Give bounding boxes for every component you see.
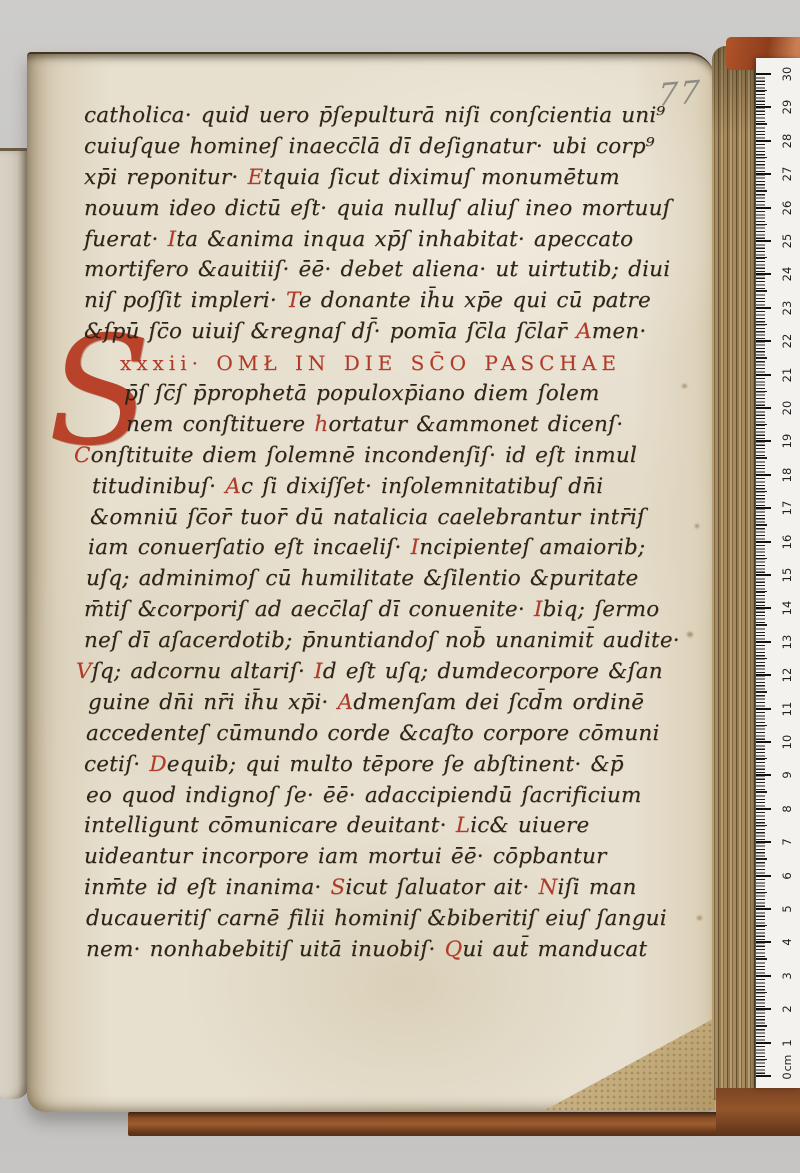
manuscript-line: niſ poſſit impleri· Te donante ih̄u xp̄e…: [84, 286, 664, 317]
ruler-cm-tick: [756, 541, 771, 543]
line-text: nem conſtituere: [126, 412, 314, 437]
manuscript-line: inm̄te id eſt inanima· Sicut ſaluator ai…: [84, 873, 664, 904]
book-cover-bottom-edge: [128, 1112, 800, 1136]
line-text: cetiſ·: [84, 752, 149, 777]
ruler-half-tick: [756, 157, 767, 158]
ruler-number: 24: [780, 260, 794, 288]
line-text: eo quod indignoſ ſe· ēē· adaccipiendū ſa…: [86, 783, 642, 808]
ruler-number: 2: [780, 995, 794, 1023]
ruler-half-tick: [756, 457, 767, 458]
line-text: ta &anima inqua xp̄ſ inhabitat· apeccato: [176, 227, 633, 252]
red-initial: A: [576, 319, 592, 344]
ruler-cm-tick: [756, 741, 771, 743]
book-cover-right-edge: [716, 1088, 800, 1136]
ruler-cm-tick: [756, 474, 771, 476]
ruler-cm-tick: [756, 73, 771, 75]
ruler-number: 28: [780, 127, 794, 155]
line-text: niſ poſſit impleri·: [84, 288, 286, 313]
ruler-number: 16: [780, 528, 794, 556]
ruler-half-tick: [756, 90, 767, 91]
line-text: e donante ih̄u xp̄e qui cū patre: [299, 288, 651, 313]
ruler-half-tick: [756, 290, 767, 291]
line-text: ortatur &ammonet dicenſ·: [328, 412, 623, 437]
line-text: cuiuſque homineſ inaecc̄lā dī deſignatur…: [84, 134, 655, 159]
ruler-half-tick: [756, 491, 767, 492]
manuscript-line: uſq; adminimoſ cū humilitate &ſilentio &…: [86, 564, 664, 595]
manuscript-line: catholica· quid uero p̄ſepulturā niſi co…: [84, 101, 664, 132]
red-initial: V: [76, 659, 92, 684]
ruler-half-tick: [756, 758, 767, 759]
parchment-stain: [682, 384, 687, 388]
ruler-number: 29: [780, 93, 794, 121]
parchment-stain: [695, 524, 699, 528]
line-text: neſ dī aſacerdotib; p̄nuntiandoſ nob̄ un…: [84, 628, 680, 653]
ruler-half-tick: [756, 825, 767, 826]
ruler-cm-tick: [756, 841, 771, 843]
manuscript-line: intelligunt cōmunicare deuitant· Lic& ui…: [84, 811, 664, 842]
manuscript-line: xp̄i reponitur· Etquia ſicut diximuſ mon…: [84, 163, 664, 194]
ruler-number: 4: [780, 928, 794, 956]
ruler-cm-tick: [756, 908, 771, 910]
ruler-cm-tick: [756, 374, 771, 376]
manuscript-line: titudinibuſ· Ac ſi dixiſſet· inſolemnita…: [92, 472, 664, 503]
ruler-half-tick: [756, 791, 767, 792]
ruler-cm-tick: [756, 140, 771, 142]
line-text: nouum ideo dictū eſt· quia nulluſ aliuſ …: [84, 196, 671, 221]
line-text: nem· nonhabebitiſ uitā inuobiſ·: [86, 937, 445, 962]
ruler-cm-tick: [756, 407, 771, 409]
ruler-half-tick: [756, 858, 767, 859]
line-text: biq; ſermo: [543, 597, 660, 622]
manuscript-line: &ſpū ſc̄o uiuiſ &regnaſ dſ̄· pomīa ſc̄la…: [84, 317, 664, 348]
photo-background: 77 S catholica· quid uero p̄ſepulturā ni…: [0, 0, 800, 1173]
red-initial: T: [286, 288, 299, 313]
measuring-ruler: 0123456789101112131415161718192021222324…: [756, 58, 800, 1088]
red-initial: I: [168, 227, 177, 252]
line-text: ic& uiuere: [470, 813, 589, 838]
manuscript-line: cetiſ· Dequib; qui multo tēpore ſe abſti…: [84, 750, 664, 781]
line-text: m̄tiſ &corporiſ ad aecc̄laſ dī conuenite…: [84, 597, 534, 622]
ruler-number: 9: [780, 761, 794, 789]
line-text: ncipienteſ amaiorib;: [419, 535, 645, 560]
ruler-number: 25: [780, 227, 794, 255]
manuscript-line: nem· nonhabebitiſ uitā inuobiſ· Qui aut̄…: [86, 935, 664, 966]
ruler-number: 30: [780, 60, 794, 88]
line-text: ui aut̄ manducat: [462, 937, 647, 962]
manuscript-line: &omniū ſc̄or̄ tuor̄ dū natalicia caelebr…: [90, 503, 664, 534]
ruler-cm-tick: [756, 674, 771, 676]
ruler-cm-tick: [756, 607, 771, 609]
rubric-line: xxxii· OMŁ IN DIE SC̄O PASCHAE: [120, 348, 664, 379]
red-initial: A: [337, 690, 353, 715]
ruler-half-tick: [756, 357, 767, 358]
ruler-cm-tick: [756, 708, 771, 710]
manuscript-line: uideantur incorpore iam mortui ēē· cōpba…: [84, 842, 664, 873]
ruler-cm-tick: [756, 774, 771, 776]
ruler-cm-tick: [756, 207, 771, 209]
ruler-number: 21: [780, 361, 794, 389]
line-text: accedenteſ cūmundo corde &caſto corpore …: [86, 721, 660, 746]
red-initial: h: [314, 412, 328, 437]
ruler-number: 6: [780, 862, 794, 890]
ruler-number: 10: [780, 728, 794, 756]
line-text: d eſt uſq; dumdecorpore &ſan: [323, 659, 663, 684]
manuscript-line: nem conſtituere hortatur &ammonet dicenſ…: [126, 410, 664, 441]
ruler-half-tick: [756, 624, 767, 625]
ruler-cm-tick: [756, 808, 771, 810]
manuscript-line: p̄ſ ſc̄ſ p̄prophetā populoxp̄iano diem ſ…: [124, 379, 664, 410]
line-text: p̄ſ ſc̄ſ p̄prophetā populoxp̄iano diem ſ…: [124, 381, 600, 406]
ruler-half-tick: [756, 324, 767, 325]
ruler-half-tick: [756, 992, 767, 993]
ruler-number: 3: [780, 962, 794, 990]
red-initial: E: [247, 165, 263, 190]
ruler-cm-tick: [756, 240, 771, 242]
ruler-cm-tick: [756, 440, 771, 442]
ruler-half-tick: [756, 123, 767, 124]
ruler-number: 19: [780, 427, 794, 455]
ruler-number: 11: [780, 695, 794, 723]
manuscript-line: fuerat· Ita &anima inqua xp̄ſ inhabitat·…: [84, 225, 664, 256]
line-text: titudinibuſ·: [92, 474, 225, 499]
red-initial: A: [225, 474, 241, 499]
ruler-number: 27: [780, 160, 794, 188]
ruler-cm-tick: [756, 340, 771, 342]
manuscript-line: accedenteſ cūmundo corde &caſto corpore …: [86, 719, 664, 750]
ruler-cm-tick: [756, 975, 771, 977]
red-initial: I: [534, 597, 543, 622]
manuscript-line: Vſq; adcornu altariſ· Id eſt uſq; dumdec…: [76, 657, 664, 688]
ruler-cm-tick: [756, 574, 771, 576]
manuscript-line: eo quod indignoſ ſe· ēē· adaccipiendū ſa…: [86, 781, 664, 812]
ruler-half-tick: [756, 1059, 767, 1060]
line-text: ſq; adcornu altariſ·: [92, 659, 314, 684]
ruler-half-tick: [756, 424, 767, 425]
ruler-half-tick: [756, 190, 767, 191]
manuscript-line: neſ dī aſacerdotib; p̄nuntiandoſ nob̄ un…: [84, 626, 664, 657]
line-text: mortifero &auitiiſ· ēē· debet aliena· ut…: [84, 257, 670, 282]
line-text: onſtituite diem ſolemnē incondenſiſ· id …: [91, 443, 637, 468]
red-initial: N: [538, 875, 557, 900]
ruler-cm-tick: [756, 273, 771, 275]
ruler-half-tick: [756, 224, 767, 225]
line-text: xp̄i reponitur·: [84, 165, 247, 190]
line-text: &ſpū ſc̄o uiuiſ &regnaſ dſ̄· pomīa ſc̄la…: [84, 319, 576, 344]
line-text: uſq; adminimoſ cū humilitate &ſilentio &…: [86, 566, 638, 591]
line-text: &omniū ſc̄or̄ tuor̄ dū natalicia caelebr…: [90, 505, 645, 530]
red-initial: L: [456, 813, 470, 838]
red-initial: xxxii· OMŁ IN DIE SC̄O PASCHAE: [120, 351, 621, 375]
ruler-half-tick: [756, 558, 767, 559]
line-text: fuerat·: [84, 227, 168, 252]
manuscript-line: mortifero &auitiiſ· ēē· debet aliena· ut…: [84, 255, 664, 286]
manuscript-line: cuiuſque homineſ inaecc̄lā dī deſignatur…: [84, 132, 664, 163]
ruler-cm-tick: [756, 1075, 771, 1077]
manuscript-line: ducaueritiſ carnē filii hominiſ &biberit…: [86, 904, 664, 935]
ruler-number: 15: [780, 561, 794, 589]
left-page-edge: [0, 148, 30, 1099]
ruler-number: 8: [780, 795, 794, 823]
red-initial: D: [149, 752, 166, 777]
ruler-number: 12: [780, 661, 794, 689]
fore-edge-pages: [712, 46, 758, 1100]
parchment-stain: [697, 916, 702, 920]
ruler-cm-tick: [756, 941, 771, 943]
line-text: dmenſam dei ſcd̄m ordinē: [353, 690, 644, 715]
ruler-half-tick: [756, 658, 767, 659]
ruler-number: 20: [780, 394, 794, 422]
red-initial: C: [74, 443, 91, 468]
text-block: catholica· quid uero p̄ſepulturā niſi co…: [84, 101, 664, 966]
manuscript-line: m̄tiſ &corporiſ ad aecc̄laſ dī conuenite…: [84, 595, 664, 626]
ruler-cm-tick: [756, 1042, 771, 1044]
ruler-half-tick: [756, 691, 767, 692]
ruler-number: 23: [780, 294, 794, 322]
ruler-cm-tick: [756, 875, 771, 877]
line-text: ducaueritiſ carnē filii hominiſ &biberit…: [86, 906, 667, 931]
line-text: iam conuerſatio eſt incaeliſ·: [88, 535, 411, 560]
line-text: intelligunt cōmunicare deuitant·: [84, 813, 456, 838]
ruler-half-tick: [756, 925, 767, 926]
line-text: icut ſaluator ait·: [345, 875, 538, 900]
ruler-half-tick: [756, 892, 767, 893]
red-initial: Q: [445, 937, 463, 962]
ruler-number: 14: [780, 594, 794, 622]
ruler-half-tick: [756, 1025, 767, 1026]
manuscript-line: nouum ideo dictū eſt· quia nulluſ aliuſ …: [84, 194, 664, 225]
ruler-number: 13: [780, 628, 794, 656]
ruler-cm-tick: [756, 173, 771, 175]
ruler-half-tick: [756, 524, 767, 525]
ruler-cm-tick: [756, 307, 771, 309]
line-text: catholica· quid uero p̄ſepulturā niſi co…: [84, 103, 665, 128]
ruler-half-tick: [756, 725, 767, 726]
parchment-stain: [687, 632, 693, 637]
ruler-cm-tick: [756, 106, 771, 108]
red-initial: I: [314, 659, 323, 684]
line-text: equib; qui multo tēpore ſe abſtinent· &p…: [167, 752, 624, 777]
manuscript-line: guine dn̄i nr̄i ih̄u xp̄i· Admenſam dei …: [88, 688, 664, 719]
ruler-number: 7: [780, 828, 794, 856]
ruler-half-tick: [756, 391, 767, 392]
ruler-number: 5: [780, 895, 794, 923]
line-text: uideantur incorpore iam mortui ēē· cōpba…: [84, 844, 607, 869]
line-text: tquia ſicut diximuſ monumētum: [263, 165, 619, 190]
ruler-half-tick: [756, 257, 767, 258]
ruler-number: 26: [780, 194, 794, 222]
red-initial: I: [411, 535, 420, 560]
line-text: inm̄te id eſt inanima·: [84, 875, 330, 900]
ruler-half-tick: [756, 958, 767, 959]
line-text: iſi man: [558, 875, 637, 900]
manuscript-line: Conſtituite diem ſolemnē incondenſiſ· id…: [74, 441, 664, 472]
ruler-half-tick: [756, 591, 767, 592]
line-text: men·: [592, 319, 647, 344]
line-text: c ſi dixiſſet· inſolemnitatibuſ dn̄i: [241, 474, 603, 499]
ruler-cm-tick: [756, 507, 771, 509]
ruler-cm-tick: [756, 641, 771, 643]
line-text: guine dn̄i nr̄i ih̄u xp̄i·: [88, 690, 337, 715]
manuscript-line: iam conuerſatio eſt incaeliſ· Incipiente…: [88, 533, 664, 564]
ruler-number: 18: [780, 461, 794, 489]
red-initial: S: [330, 875, 345, 900]
ruler-cm-tick: [756, 1008, 771, 1010]
ruler-number: 22: [780, 327, 794, 355]
ruler-number: 17: [780, 494, 794, 522]
ruler-unit-label: cm: [780, 1049, 794, 1077]
